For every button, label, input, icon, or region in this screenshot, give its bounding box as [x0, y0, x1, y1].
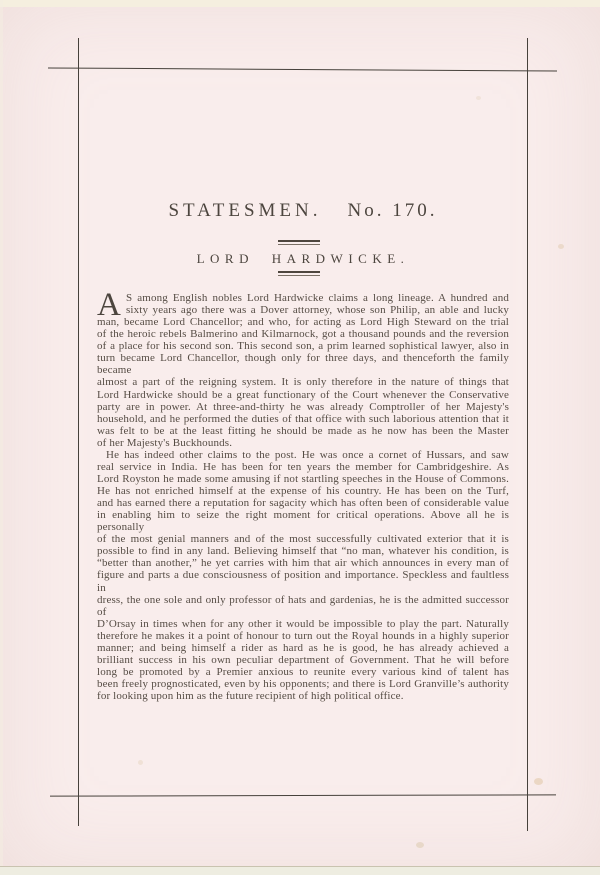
text-line: Lord Hardwicke should be a great functio… [97, 389, 509, 401]
article-title: LORD HARDWICKE. [97, 251, 509, 267]
text-line: real service in India. He has been for t… [97, 461, 509, 473]
document-page: STATESMEN.No. 170. LORD HARDWICKE. AS am… [0, 0, 600, 875]
paragraph: AS among English nobles Lord Hardwicke c… [97, 292, 509, 449]
drop-cap: A [97, 293, 121, 317]
text-line: of a place for his second son. This seco… [97, 340, 509, 352]
paragraph: He has indeed other claims to the post. … [97, 449, 509, 702]
text-line: of her Majesty's Buckhounds. [97, 437, 509, 449]
text-line: He has indeed other claims to the post. … [97, 449, 509, 461]
divider-rule-lower [278, 271, 320, 276]
text-line: sixty years ago there was a Dover attorn… [97, 304, 509, 316]
foxing-spot [138, 760, 143, 765]
text-line: long be promoted by a Premier anxious to… [97, 666, 509, 678]
frame-line-bottom [50, 794, 556, 797]
text-line: almost a part of the reigning system. It… [97, 376, 509, 388]
text-line: He has not enriched himself at the expen… [97, 485, 509, 497]
text-line: Lord Royston he made some amusing if not… [97, 473, 509, 485]
text-line: D’Orsay in times when for any other it w… [97, 618, 509, 630]
frame-line-left [78, 38, 79, 826]
text-line: of the heroic rebels Balmerino and Kilma… [97, 328, 509, 340]
text-line: for looking upon him as the future recip… [97, 690, 509, 702]
text-line: possible to find in any land. Believing … [97, 545, 509, 557]
text-line: “better than another,” he yet carries wi… [97, 557, 509, 569]
text-line: and has earned there a reputation for sa… [97, 497, 509, 509]
foxing-spot [534, 778, 543, 785]
series-number: No. 170. [348, 200, 438, 221]
foxing-spot [476, 96, 481, 100]
scan-edge-bottom [0, 866, 600, 875]
text-line: manner; and being himself a rider as har… [97, 642, 509, 654]
series-title: STATESMEN. [168, 200, 321, 221]
divider-rule-upper [278, 240, 320, 245]
text-line: dress, the one sole and only professor o… [97, 594, 509, 618]
text-line: S among English nobles Lord Hardwicke cl… [97, 292, 509, 304]
text-line: brilliant success in his own peculiar de… [97, 654, 509, 666]
text-line: in enabling him to seize the right momen… [97, 509, 509, 533]
frame-line-right [527, 38, 528, 831]
text-line: figure and parts a due consciousness of … [97, 569, 509, 593]
scan-edge-left [0, 0, 3, 875]
text-line: therefore he makes it a point of honour … [97, 630, 509, 642]
text-line: been freely prognosticated, even by his … [97, 678, 509, 690]
text-line: turn became Lord Chancellor, though only… [97, 352, 509, 376]
frame-line-top [48, 67, 557, 71]
series-heading: STATESMEN.No. 170. [97, 200, 509, 222]
article-body: AS among English nobles Lord Hardwicke c… [97, 292, 509, 702]
text-line: of the most genial manners and of the mo… [97, 533, 509, 545]
text-line: party are in power. At three-and-thirty … [97, 401, 509, 413]
text-line: household, and he performed the duties o… [97, 413, 509, 425]
text-line: was felt to be at the least fitting he s… [97, 425, 509, 437]
foxing-spot [558, 244, 564, 249]
foxing-spot [416, 842, 424, 848]
scan-edge-top [0, 0, 600, 7]
text-line: man, became Lord Chancellor; and who, fo… [97, 316, 509, 328]
